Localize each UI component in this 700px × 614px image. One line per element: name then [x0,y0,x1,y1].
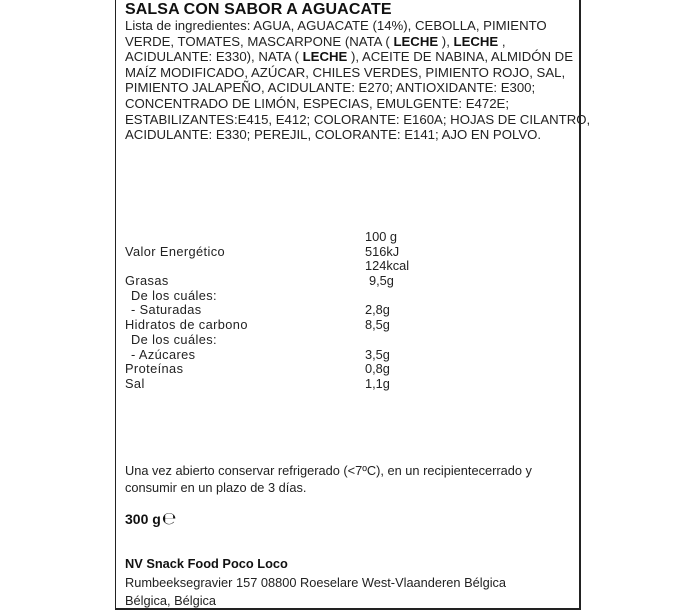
ingredients-line: ACIDULANTE: E330), NATA ( LECHE ), ACEIT… [125,49,580,65]
ingredient-text: , [498,34,505,49]
nutrition-row: Valor Energético516kJ [125,245,565,260]
allergen-text: LECHE [303,49,348,64]
net-weight-value: 300 g [125,511,161,527]
nutrition-row: 100 g [125,230,565,245]
company-info: NV Snack Food Poco Loco Rumbeeksegravier… [125,555,506,611]
nutrition-table: 100 gValor Energético516kJ124kcalGrasas9… [125,230,565,392]
ingredient-text: PIMIENTO JALAPEÑO, ACIDULANTE: E270; ANT… [125,80,535,95]
ingredients-line: PIMIENTO JALAPEÑO, ACIDULANTE: E270; ANT… [125,80,580,96]
nutrient-value: 8,5g [365,318,390,333]
nutrient-value: 0,8g [365,362,390,377]
ingredients-line: ESTABILIZANTES:E415, E412; COLORANTE: E1… [125,112,580,128]
nutrition-row: Hidratos de carbono8,5g [125,318,565,333]
nutrition-row: Sal1,1g [125,377,565,392]
nutrition-row: - Saturadas2,8g [125,303,565,318]
ingredient-text: VERDE, TOMATES, MASCARPONE (NATA ( [125,34,393,49]
nutrient-name: Sal [125,377,145,392]
product-title: SALSA CON SABOR A AGUACATE [125,1,392,19]
ingredient-text: ), ACEITE DE NABINA, ALMIDÓN DE [347,49,573,64]
net-weight: 300 g℮ [125,509,176,529]
nutrient-value: 2,8g [365,303,390,318]
nutrition-row: De los cuáles: [125,333,565,348]
ingredients-line: VERDE, TOMATES, MASCARPONE (NATA ( LECHE… [125,34,580,50]
nutrient-name: Valor Energético [125,245,225,260]
nutrient-value: 1,1g [365,377,390,392]
ingredient-text: CONCENTRADO DE LIMÓN, ESPECIAS, EMULGENT… [125,96,509,111]
nutrition-row: 124kcal [125,259,565,274]
estimated-sign-icon: ℮ [162,509,177,529]
nutrition-row: Grasas9,5g [125,274,565,289]
nutrient-value: 3,5g [365,348,390,363]
ingredient-text: ACIDULANTE: E330), NATA ( [125,49,303,64]
nutrient-value: 124kcal [365,259,409,274]
company-address-line1: Rumbeeksegravier 157 08800 Roeselare Wes… [125,574,506,593]
product-label: SALSA CON SABOR A AGUACATE Lista de ingr… [115,0,581,610]
nutrition-row: - Azúcares3,5g [125,348,565,363]
ingredients-line: ACIDULANTE: E330; PEREJIL, COLORANTE: E1… [125,127,580,143]
nutrient-name: De los cuáles: [131,289,217,304]
company-address-line2: Bélgica, Bélgica [125,592,506,611]
nutrient-name: - Azúcares [131,348,195,363]
nutrition-row: Proteínas0,8g [125,362,565,377]
ingredients-list: Lista de ingredientes: AGUA, AGUACATE (1… [125,18,580,143]
ingredient-text: ESTABILIZANTES:E415, E412; COLORANTE: E1… [125,112,590,127]
nutrition-row: De los cuáles: [125,289,565,304]
ingredients-line: MAÍZ MODIFICADO, AZÚCAR, CHILES VERDES, … [125,65,580,81]
company-name: NV Snack Food Poco Loco [125,555,506,574]
nutrient-name: Proteínas [125,362,183,377]
allergen-text: LECHE [454,34,499,49]
allergen-text: LECHE [393,34,438,49]
ingredient-text: ), [438,34,453,49]
ingredient-text: Lista de ingredientes: AGUA, AGUACATE (1… [125,18,547,33]
ingredients-line: Lista de ingredientes: AGUA, AGUACATE (1… [125,18,580,34]
storage-instructions: Una vez abierto conservar refrigerado (<… [125,462,580,496]
nutrient-name: De los cuáles: [131,333,217,348]
ingredients-line: CONCENTRADO DE LIMÓN, ESPECIAS, EMULGENT… [125,96,580,112]
nutrient-value: 516kJ [365,245,399,260]
nutrient-value: 100 g [365,230,397,245]
nutrient-name: Hidratos de carbono [125,318,248,333]
ingredient-text: MAÍZ MODIFICADO, AZÚCAR, CHILES VERDES, … [125,65,565,80]
nutrient-name: - Saturadas [131,303,202,318]
ingredient-text: ACIDULANTE: E330; PEREJIL, COLORANTE: E1… [125,127,541,142]
nutrient-value: 9,5g [369,274,394,289]
nutrient-name: Grasas [125,274,169,289]
